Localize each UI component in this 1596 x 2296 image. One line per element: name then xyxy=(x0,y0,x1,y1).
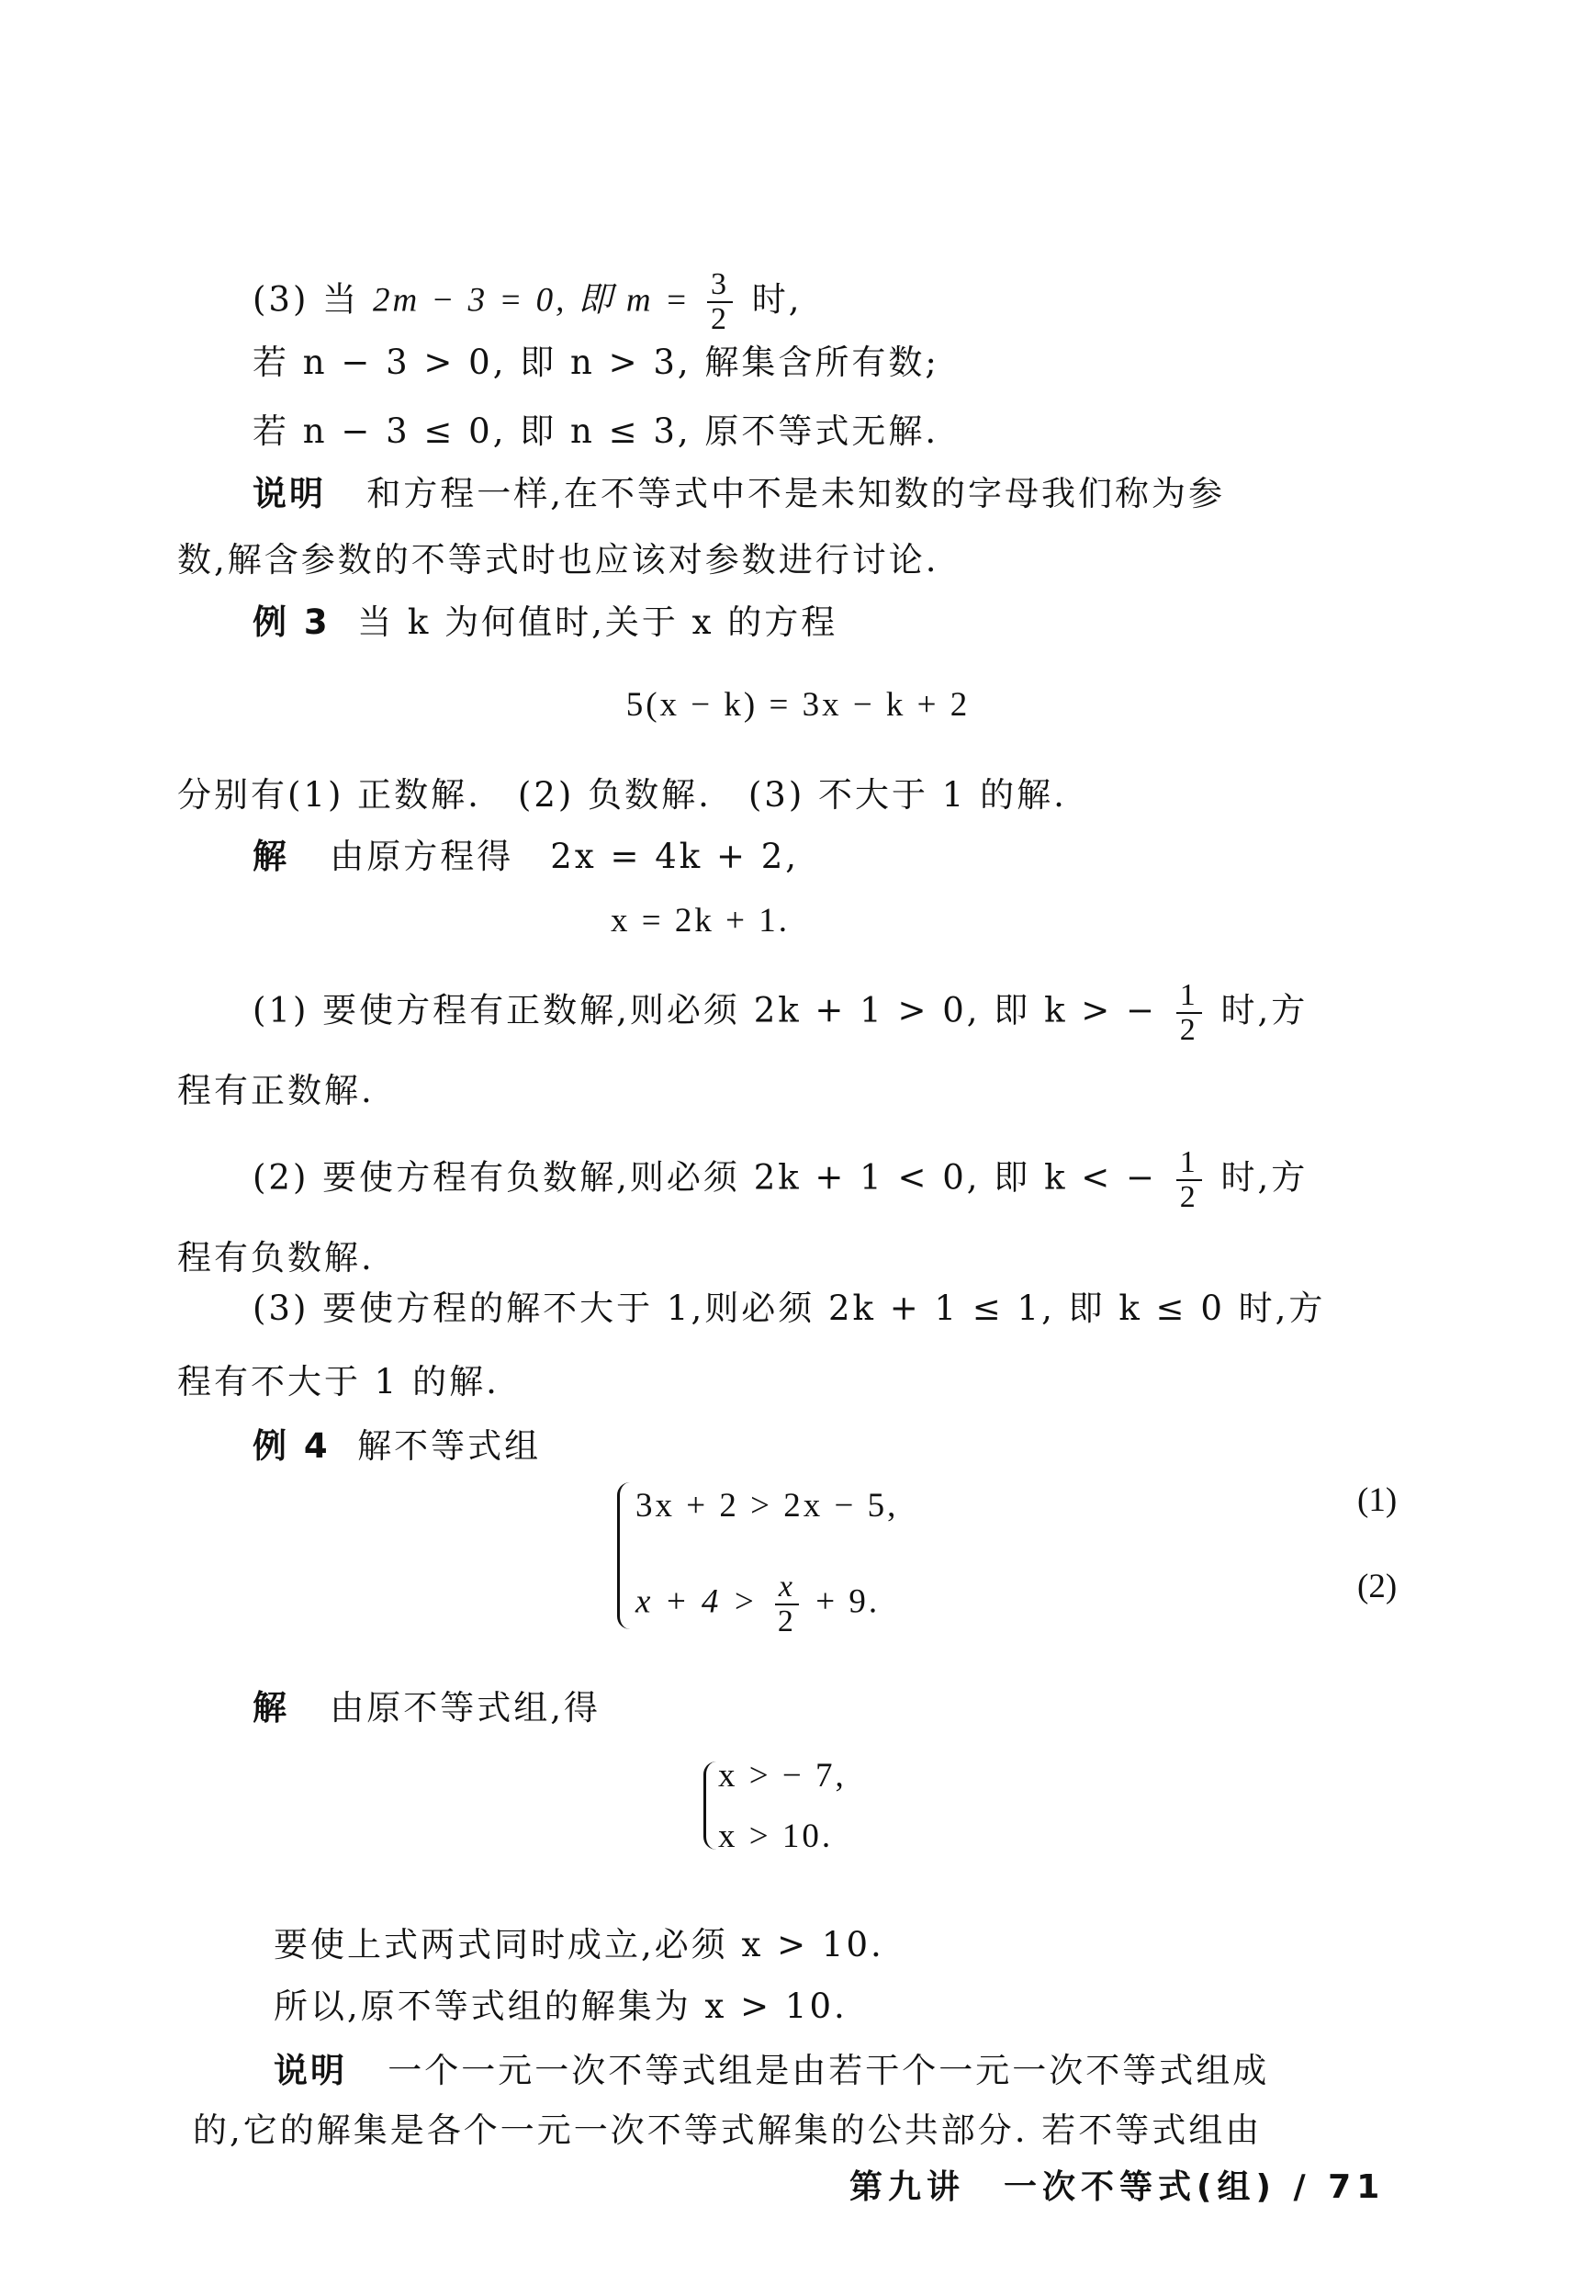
chapter-title: 第九讲 一次不等式(组) xyxy=(849,2168,1276,2206)
fraction: 32 xyxy=(707,268,733,336)
fraction-numerator: 3 xyxy=(707,268,733,303)
part-2-continued: 程有负数解. xyxy=(177,1238,375,1278)
example-3-equation: 5(x − k) = 3x − k + 2 xyxy=(0,685,1596,726)
text: 时,方 xyxy=(1208,1158,1309,1198)
note-text: 和方程一样,在不等式中不是未知数的字母我们称为参 xyxy=(366,474,1225,513)
example-label: 例 3 xyxy=(253,602,331,642)
example-text: 当 k 为何值时,关于 x 的方程 xyxy=(357,602,837,642)
solution-label: 解 xyxy=(253,1688,289,1728)
part-3-line: (3) 要使方程的解不大于 1,则必须 2k + 1 ≤ 1, 即 k ≤ 0 … xyxy=(253,1289,1325,1329)
footer-separator: / xyxy=(1293,2168,1310,2206)
page-number: 71 xyxy=(1328,2168,1385,2206)
left-brace-icon xyxy=(703,1761,717,1850)
left-brace-icon xyxy=(617,1482,633,1629)
example-label: 例 4 xyxy=(253,1426,331,1466)
solution-3-step-1: 解 由原方程得 2x = 4k + 2, xyxy=(253,837,799,877)
equation-tag-2: (2) xyxy=(1357,1567,1397,1606)
system-1-eq-2: x + 4 > x2 + 9. xyxy=(635,1570,880,1638)
fraction-denominator: 2 xyxy=(711,303,729,336)
text: 时, xyxy=(738,280,803,320)
case-3-line: (3) 当 2m − 3 = 0, 即 m = 32 时, xyxy=(253,268,803,336)
solution-label: 解 xyxy=(253,837,289,876)
case-label: (3) 当 xyxy=(253,280,373,320)
text: + 9. xyxy=(804,1582,880,1620)
note-1-continued: 数,解含参数的不等式时也应该对参数进行讨论. xyxy=(177,540,939,580)
subcase-n-greater: 若 n − 3 > 0, 即 n > 3, 解集含所有数; xyxy=(253,343,939,383)
fraction-denominator: 2 xyxy=(778,1605,796,1638)
note-text: 一个一元一次不等式组是由若干个一元一次不等式组成 xyxy=(388,2051,1269,2090)
fraction: 12 xyxy=(1176,1146,1202,1214)
fraction: 12 xyxy=(1176,979,1202,1047)
solution-4-heading: 解 由原不等式组,得 xyxy=(253,1688,601,1728)
solution-text: 由原方程得 2x = 4k + 2, xyxy=(330,837,799,876)
fraction-numerator: 1 xyxy=(1176,1146,1202,1181)
example-3-parts: 分别有(1) 正数解. (2) 负数解. (3) 不大于 1 的解. xyxy=(177,775,1067,816)
note-2-continued: 的,它的解集是各个一元一次不等式解集的公共部分. 若不等式组由 xyxy=(193,2110,1262,2151)
equation-tag-1: (1) xyxy=(1357,1480,1397,1520)
part-1-continued: 程有正数解. xyxy=(177,1071,375,1111)
note-label: 说明 xyxy=(253,474,326,513)
conclusion-1: 要使上式两式同时成立,必须 x > 10. xyxy=(274,1925,884,1965)
subcase-n-less-equal: 若 n − 3 ≤ 0, 即 n ≤ 3, 原不等式无解. xyxy=(253,411,938,452)
text: 时,方 xyxy=(1208,991,1309,1030)
part-3-continued: 程有不大于 1 的解. xyxy=(177,1362,500,1402)
part-2-line: (2) 要使方程有负数解,则必须 2k + 1 < 0, 即 k < − 12 … xyxy=(253,1146,1308,1214)
system-2-eq-1: x > − 7, xyxy=(718,1756,847,1796)
system-1-eq-1: 3x + 2 > 2x − 5, xyxy=(635,1486,898,1526)
solution-text: 由原不等式组,得 xyxy=(330,1688,601,1728)
text: (2) 要使方程有负数解,则必须 2k + 1 < 0, 即 k < − xyxy=(253,1158,1171,1198)
example-3-heading: 例 3 当 k 为何值时,关于 x 的方程 xyxy=(253,602,837,643)
example-4-heading: 例 4 解不等式组 xyxy=(253,1426,541,1467)
solution-3-step-2: x = 2k + 1. xyxy=(611,901,790,941)
system-2-eq-2: x > 10. xyxy=(718,1817,833,1857)
example-text: 解不等式组 xyxy=(357,1426,541,1466)
part-1-line: (1) 要使方程有正数解,则必须 2k + 1 > 0, 即 k > − 12 … xyxy=(253,979,1308,1047)
math-expression: 2m − 3 = 0, 即 m = xyxy=(373,282,702,320)
note-2: 说明 一个一元一次不等式组是由若干个一元一次不等式组成 xyxy=(274,2051,1269,2091)
text: (1) 要使方程有正数解,则必须 2k + 1 > 0, 即 k > − xyxy=(253,991,1171,1030)
note-label: 说明 xyxy=(274,2051,347,2090)
fraction-denominator: 2 xyxy=(1180,1014,1198,1047)
page-footer: 第九讲 一次不等式(组) / 71 xyxy=(849,2161,1385,2208)
fraction-denominator: 2 xyxy=(1180,1181,1198,1214)
conclusion-2: 所以,原不等式组的解集为 x > 10. xyxy=(274,1986,848,2027)
fraction-numerator: 1 xyxy=(1176,979,1202,1014)
note-1: 说明 和方程一样,在不等式中不是未知数的字母我们称为参 xyxy=(253,474,1225,514)
fraction-numerator: x xyxy=(775,1570,799,1605)
fraction: x2 xyxy=(775,1570,799,1638)
text: x + 4 > xyxy=(635,1582,770,1620)
